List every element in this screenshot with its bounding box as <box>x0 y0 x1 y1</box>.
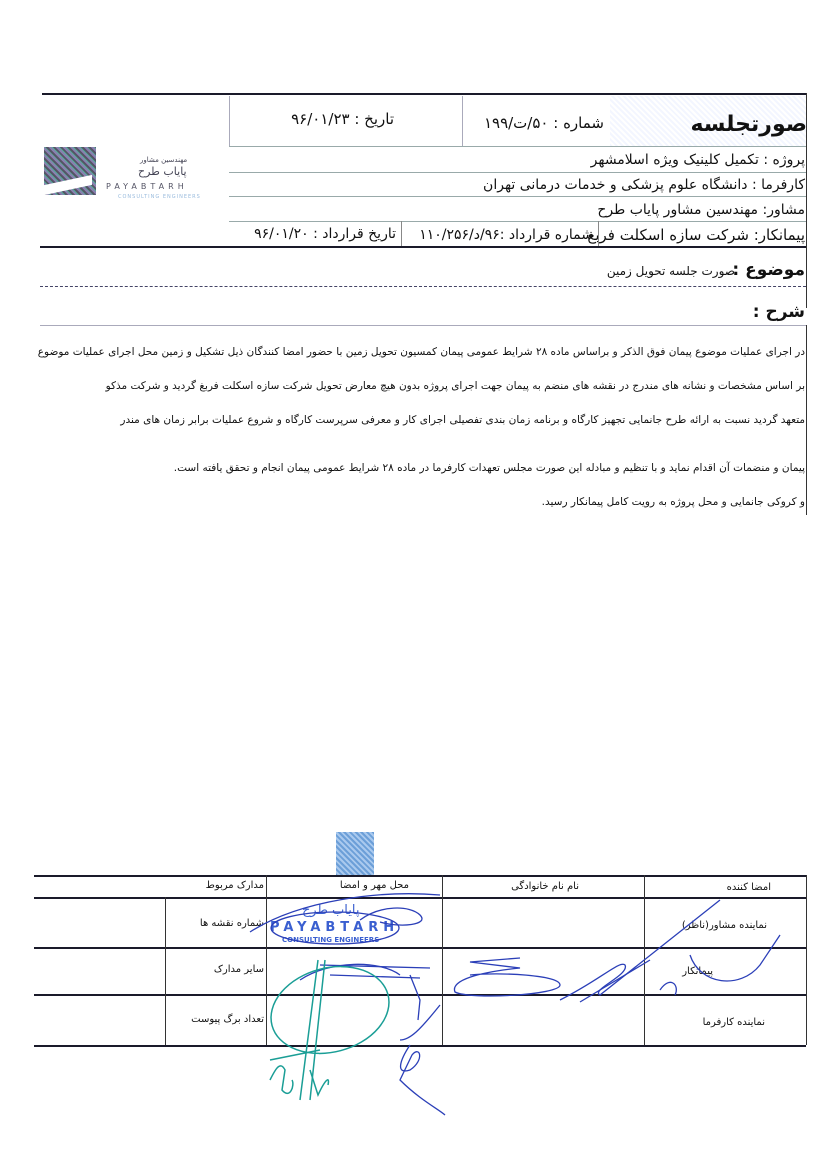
table-col-divider <box>266 875 267 1045</box>
header-name: نام نام خانوادگی <box>511 881 579 892</box>
cell-divider <box>598 221 599 247</box>
logo-subtitle-en: CONSULTING ENGINEERS <box>118 194 201 200</box>
header-signer: امضا کننده <box>727 882 771 893</box>
contract-date-field: تاریخ قرارداد : ۹۶/۰۱/۲۰ <box>254 226 396 242</box>
table-rule <box>34 994 806 996</box>
document-drawing-numbers: شماره نقشه ها <box>200 918 264 929</box>
cell-divider <box>401 221 402 247</box>
logo-name-fa: پایاب طرح <box>138 165 187 178</box>
stamp-logo-icon <box>336 832 374 876</box>
table-rule <box>34 897 806 899</box>
subject-label: موضوع : <box>732 260 805 280</box>
stamp-text-fa: پایاب طرح <box>302 903 359 918</box>
signer-employer: نماینده کارفرما <box>703 1017 765 1028</box>
header-documents: مدارک مربوط <box>206 880 264 891</box>
signer-consultant: نماینده مشاور(ناظر) <box>682 920 767 931</box>
stamp-text-en-sub: CONSULTING ENGINEERS <box>282 936 379 944</box>
table-rule <box>34 947 806 949</box>
signer-contractor: پیمانکار <box>682 966 713 977</box>
info-bottom-rule <box>40 246 806 248</box>
subject-dashed-rule <box>40 286 806 287</box>
document-number: شماره : ۵۰/ت/۱۹۹ <box>484 114 604 132</box>
row-rule <box>229 146 806 147</box>
description-label: شرح : <box>753 302 805 322</box>
table-rule <box>34 875 806 877</box>
description-line: بر اساس مشخصات و نشانه های مندرج در نقشه… <box>106 380 805 392</box>
stamp-text-en: PAYABTARH <box>270 920 399 935</box>
top-rule <box>42 93 806 95</box>
table-col-divider <box>442 875 443 1045</box>
row-rule <box>229 196 806 197</box>
contract-number-field: شماره قرارداد :۹۶/د/۱۱۰/۲۵۶ <box>419 227 593 243</box>
table-col-divider <box>806 875 807 1045</box>
description-line: پیمان و منضمات آن اقدام نماید و با تنظیم… <box>174 462 805 474</box>
document-attachment-count: تعداد برگ پیوست <box>191 1014 264 1025</box>
logo-name-en: PAYABTARH <box>106 182 188 191</box>
description-line: در اجرای عملیات موضوع پیمان فوق الذکر و … <box>38 346 805 358</box>
logo-subtitle-fa: مهندسین مشاور <box>140 156 187 164</box>
description-rule <box>40 325 806 326</box>
document-other: سایر مدارک <box>214 964 264 975</box>
table-col-divider <box>165 897 166 1045</box>
table-col-divider <box>644 875 645 1045</box>
project-field: پروژه : تکمیل کلینیک ویژه اسلامشهر <box>591 152 805 168</box>
contractor-field: پیمانکار: شرکت سازه اسکلت فربغ <box>587 226 805 244</box>
document-date: تاریخ : ۹۶/۰۱/۲۳ <box>291 110 394 128</box>
description-line: متعهد گردید نسبت به ارائه طرح جانمایی تج… <box>120 414 805 426</box>
table-rule <box>34 1045 806 1047</box>
row-rule <box>229 221 806 222</box>
consultant-field: مشاور: مهندسین مشاور پایاب طرح <box>597 202 805 218</box>
header-divider <box>462 96 463 146</box>
header-divider <box>229 96 230 146</box>
document-title: صورتجلسه <box>690 112 807 137</box>
employer-field: کارفرما : دانشگاه علوم پزشکی و خدمات درم… <box>483 177 805 193</box>
signature-ink-icon <box>0 0 819 1161</box>
body-right-border <box>806 325 807 515</box>
header-seal: محل مهر و امضا <box>340 880 409 891</box>
row-rule <box>229 172 806 173</box>
description-line: و کروکی جانمایی و محل پروژه به رویت کامل… <box>542 496 805 508</box>
subject-value: صورت جلسه تحویل زمین <box>607 264 735 278</box>
